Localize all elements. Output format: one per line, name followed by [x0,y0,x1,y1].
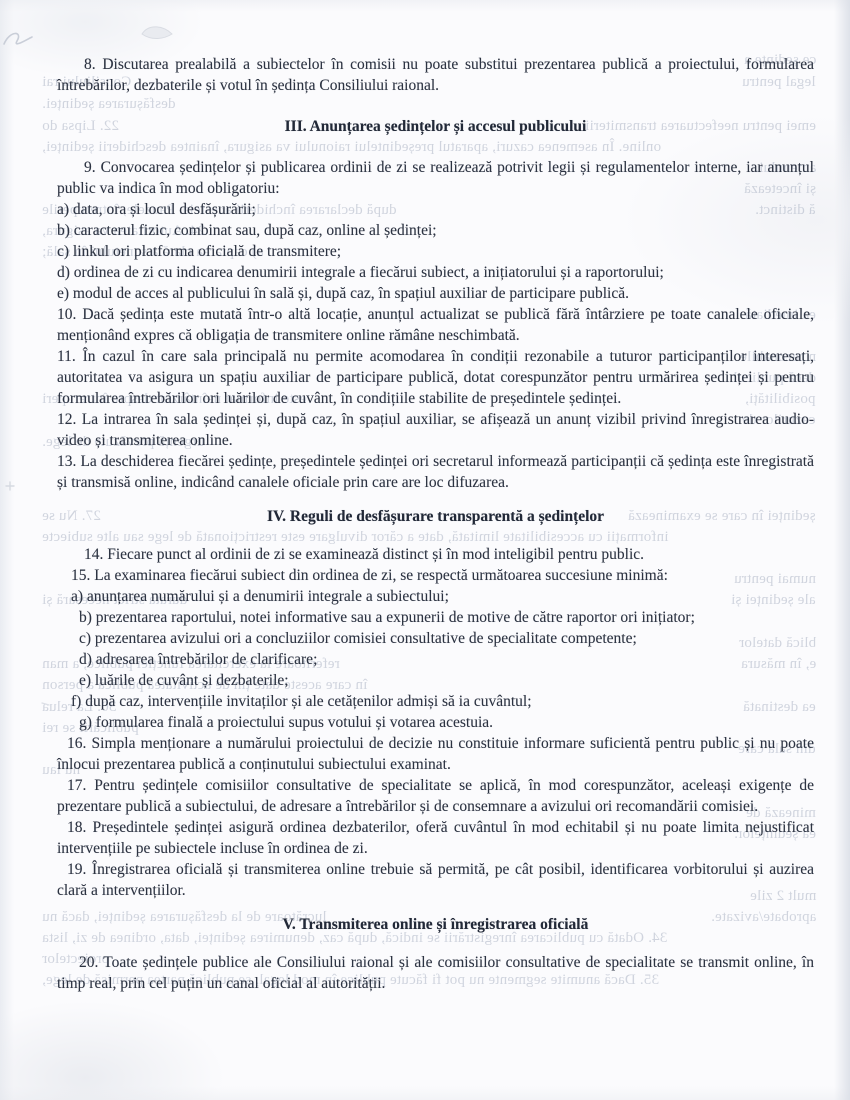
paragraph-13: 13. La deschiderea fiecărei ședințe, pre… [57,451,814,493]
paragraph-15f: f) după caz, intervențiile invitaților ș… [57,691,814,712]
paragraph-20: 20. Toate ședințele publice ale Consiliu… [57,952,814,994]
pencil-scribble-artifact [4,33,32,44]
section-heading-iv: IV. Reguli de desfășurare transparentă a… [57,506,814,527]
section-heading-iii: III. Anunțarea ședințelor și accesul pub… [57,116,814,137]
scanned-document-page: ce ședințe aConsiliului railegal pentrud… [0,0,850,1100]
paragraph-9: 9. Convocarea ședințelor și publicarea o… [57,157,814,199]
paragraph-15g: g) formularea finală a proiectului supus… [57,712,814,733]
paragraph-17: 17. Pentru ședințele comisiilor consulta… [57,775,814,817]
paragraph-15e: e) luările de cuvânt și dezbaterile; [57,670,814,691]
paragraph-9c: c) linkul ori platforma oficială de tran… [57,241,814,262]
paragraph-15a: a) anunțarea numărului și a denumirii in… [57,586,814,607]
paragraph-9d: d) ordinea de zi cu indicarea denumirii … [57,262,814,283]
smudge-artifact [142,27,172,39]
document-body: 8. Discutarea prealabilă a subiectelor î… [57,54,814,994]
margin-tick-artifact [6,482,14,490]
paragraph-10: 10. Dacă ședința este mutată într-o altă… [57,304,814,346]
paragraph-15d: d) adresarea întrebărilor de clarificare… [57,649,814,670]
paragraph-15: 15. La examinarea fiecărui subiect din o… [57,565,814,586]
paragraph-9a: a) data, ora și locul desfășurării; [57,199,814,220]
paragraph-8: 8. Discutarea prealabilă a subiectelor î… [57,54,814,96]
section-heading-v: V. Transmiterea online și înregistrarea … [57,914,814,935]
paragraph-9e: e) modul de acces al publicului în sală … [57,283,814,304]
paragraph-16: 16. Simpla menționare a numărului proiec… [57,733,814,775]
paragraph-15c: c) prezentarea avizului ori a concluziil… [57,628,814,649]
paragraph-14: 14. Fiecare punct al ordinii de zi se ex… [57,544,814,565]
paragraph-12: 12. La intrarea în sala ședinței și, dup… [57,409,814,451]
paragraph-9b: b) caracterul fizic, combinat sau, după … [57,220,814,241]
paragraph-11: 11. În cazul în care sala principală nu … [57,346,814,409]
paragraph-19: 19. Înregistrarea oficială și transmiter… [57,859,814,901]
paragraph-18: 18. Președintele ședinței asigură ordine… [57,817,814,859]
margin-tick-artifact-2 [42,703,49,705]
paragraph-15b: b) prezentarea raportului, notei informa… [57,607,814,628]
